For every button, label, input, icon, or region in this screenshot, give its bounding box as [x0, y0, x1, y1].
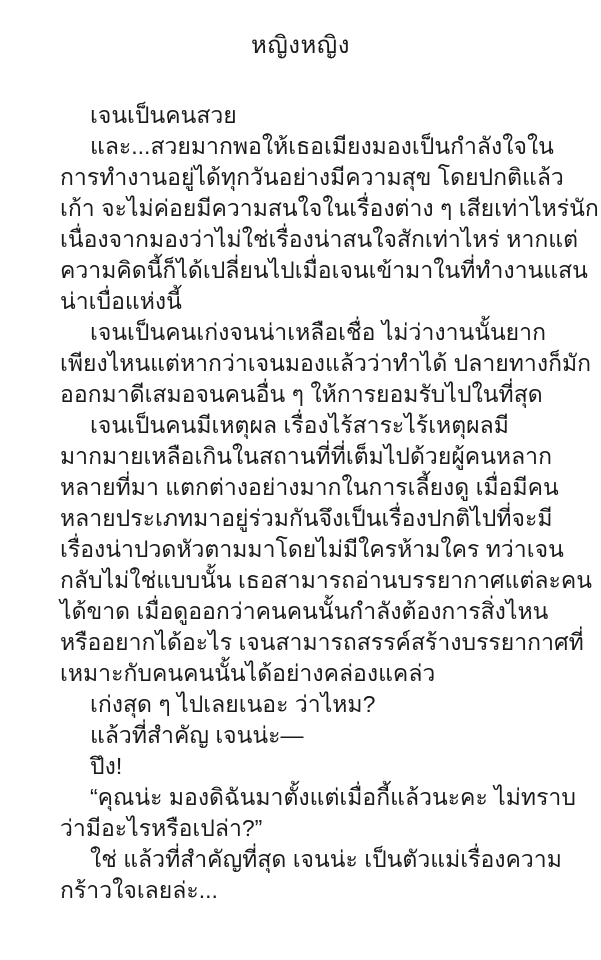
text-line: เจนเป็นคนมีเหตุผล เรื่องไร้สาระไร้เหตุผล… [60, 410, 557, 441]
book-page: หญิงหญิง เจนเป็นคนสวยและ...สวยมากพอให้เธ… [0, 0, 601, 960]
text-line: เนื่องจากมองว่าไม่ใช่เรื่องน่าสนใจสักเท่… [60, 224, 557, 255]
text-line: เหมาะกับคนคนนั้นได้อย่างคล่องแคล่ว [60, 658, 557, 689]
text-line: เพียงไหนแต่หากว่าเจนมองแล้วว่าทำได้ ปลาย… [60, 348, 557, 379]
text-line: มากมายเหลือเกินในสถานที่ที่เต็มไปด้วยผู้… [60, 441, 557, 472]
text-line: กร้าวใจเลยล่ะ... [60, 875, 557, 906]
text-line: ว่ามีอะไรหรือเปล่า?” [60, 813, 557, 844]
text-line: การทำงานอยู่ได้ทุกวันอย่างมีความสุข โดยป… [60, 162, 557, 193]
paragraph: เจนเป็นคนเก่งจนน่าเหลือเชื่อ ไม่ว่างานนั… [60, 317, 557, 410]
text-line: ได้ขาด เมื่อดูออกว่าคนคนนั้นกำลังต้องการ… [60, 596, 557, 627]
text-line: เก้า จะไม่ค่อยมีความสนใจในเรื่องต่าง ๆ เ… [60, 193, 557, 224]
paragraph: ใช่ แล้วที่สำคัญที่สุด เจนน่ะ เป็นตัวแม่… [60, 844, 557, 906]
paragraph: เจนเป็นคนมีเหตุผล เรื่องไร้สาระไร้เหตุผล… [60, 410, 557, 689]
text-line: ออกมาดีเสมอจนคนอื่น ๆ ให้การยอมรับไปในที… [60, 379, 557, 410]
paragraph: “คุณน่ะ มองดิฉันมาตั้งแต่เมื่อกี้แล้วนะค… [60, 782, 557, 844]
text-line: กลับไม่ใช่แบบนั้น เธอสามารถอ่านบรรยากาศแ… [60, 565, 557, 596]
text-line: “คุณน่ะ มองดิฉันมาตั้งแต่เมื่อกี้แล้วนะค… [60, 782, 557, 813]
text-line: เจนเป็นคนเก่งจนน่าเหลือเชื่อ ไม่ว่างานนั… [60, 317, 557, 348]
paragraph: เจนเป็นคนสวย [60, 100, 557, 131]
paragraph: แล้วที่สำคัญ เจนน่ะ— [60, 720, 557, 751]
text-line: ใช่ แล้วที่สำคัญที่สุด เจนน่ะ เป็นตัวแม่… [60, 844, 557, 875]
text-line: แล้วที่สำคัญ เจนน่ะ— [60, 720, 557, 751]
text-line: หรืออยากได้อะไร เจนสามารถสรรค์สร้างบรรยา… [60, 627, 557, 658]
paragraph: ปึง! [60, 751, 557, 782]
text-line: เก่งสุด ๆ ไปเลยเนอะ ว่าไหม? [60, 689, 557, 720]
chapter-title: หญิงหญิง [0, 30, 601, 62]
paragraph: และ...สวยมากพอให้เธอเมียงมองเป็นกำลังใจใ… [60, 131, 557, 317]
text-line: น่าเบื่อแห่งนี้ [60, 286, 557, 317]
text-line: ความคิดนี้ก็ได้เปลี่ยนไปเมื่อเจนเข้ามาใน… [60, 255, 557, 286]
text-line: เรื่องน่าปวดหัวตามมาโดยไม่มีใครห้ามใคร ท… [60, 534, 557, 565]
text-line: ปึง! [60, 751, 557, 782]
text-line: และ...สวยมากพอให้เธอเมียงมองเป็นกำลังใจใ… [60, 131, 557, 162]
paragraph: เก่งสุด ๆ ไปเลยเนอะ ว่าไหม? [60, 689, 557, 720]
text-line: หลายประเภทมาอยู่ร่วมกันจึงเป็นเรื่องปกติ… [60, 503, 557, 534]
text-line: เจนเป็นคนสวย [60, 100, 557, 131]
text-line: หลายที่มา แตกต่างอย่างมากในการเลี้ยงดู เ… [60, 472, 557, 503]
body-text: เจนเป็นคนสวยและ...สวยมากพอให้เธอเมียงมอง… [0, 100, 601, 906]
